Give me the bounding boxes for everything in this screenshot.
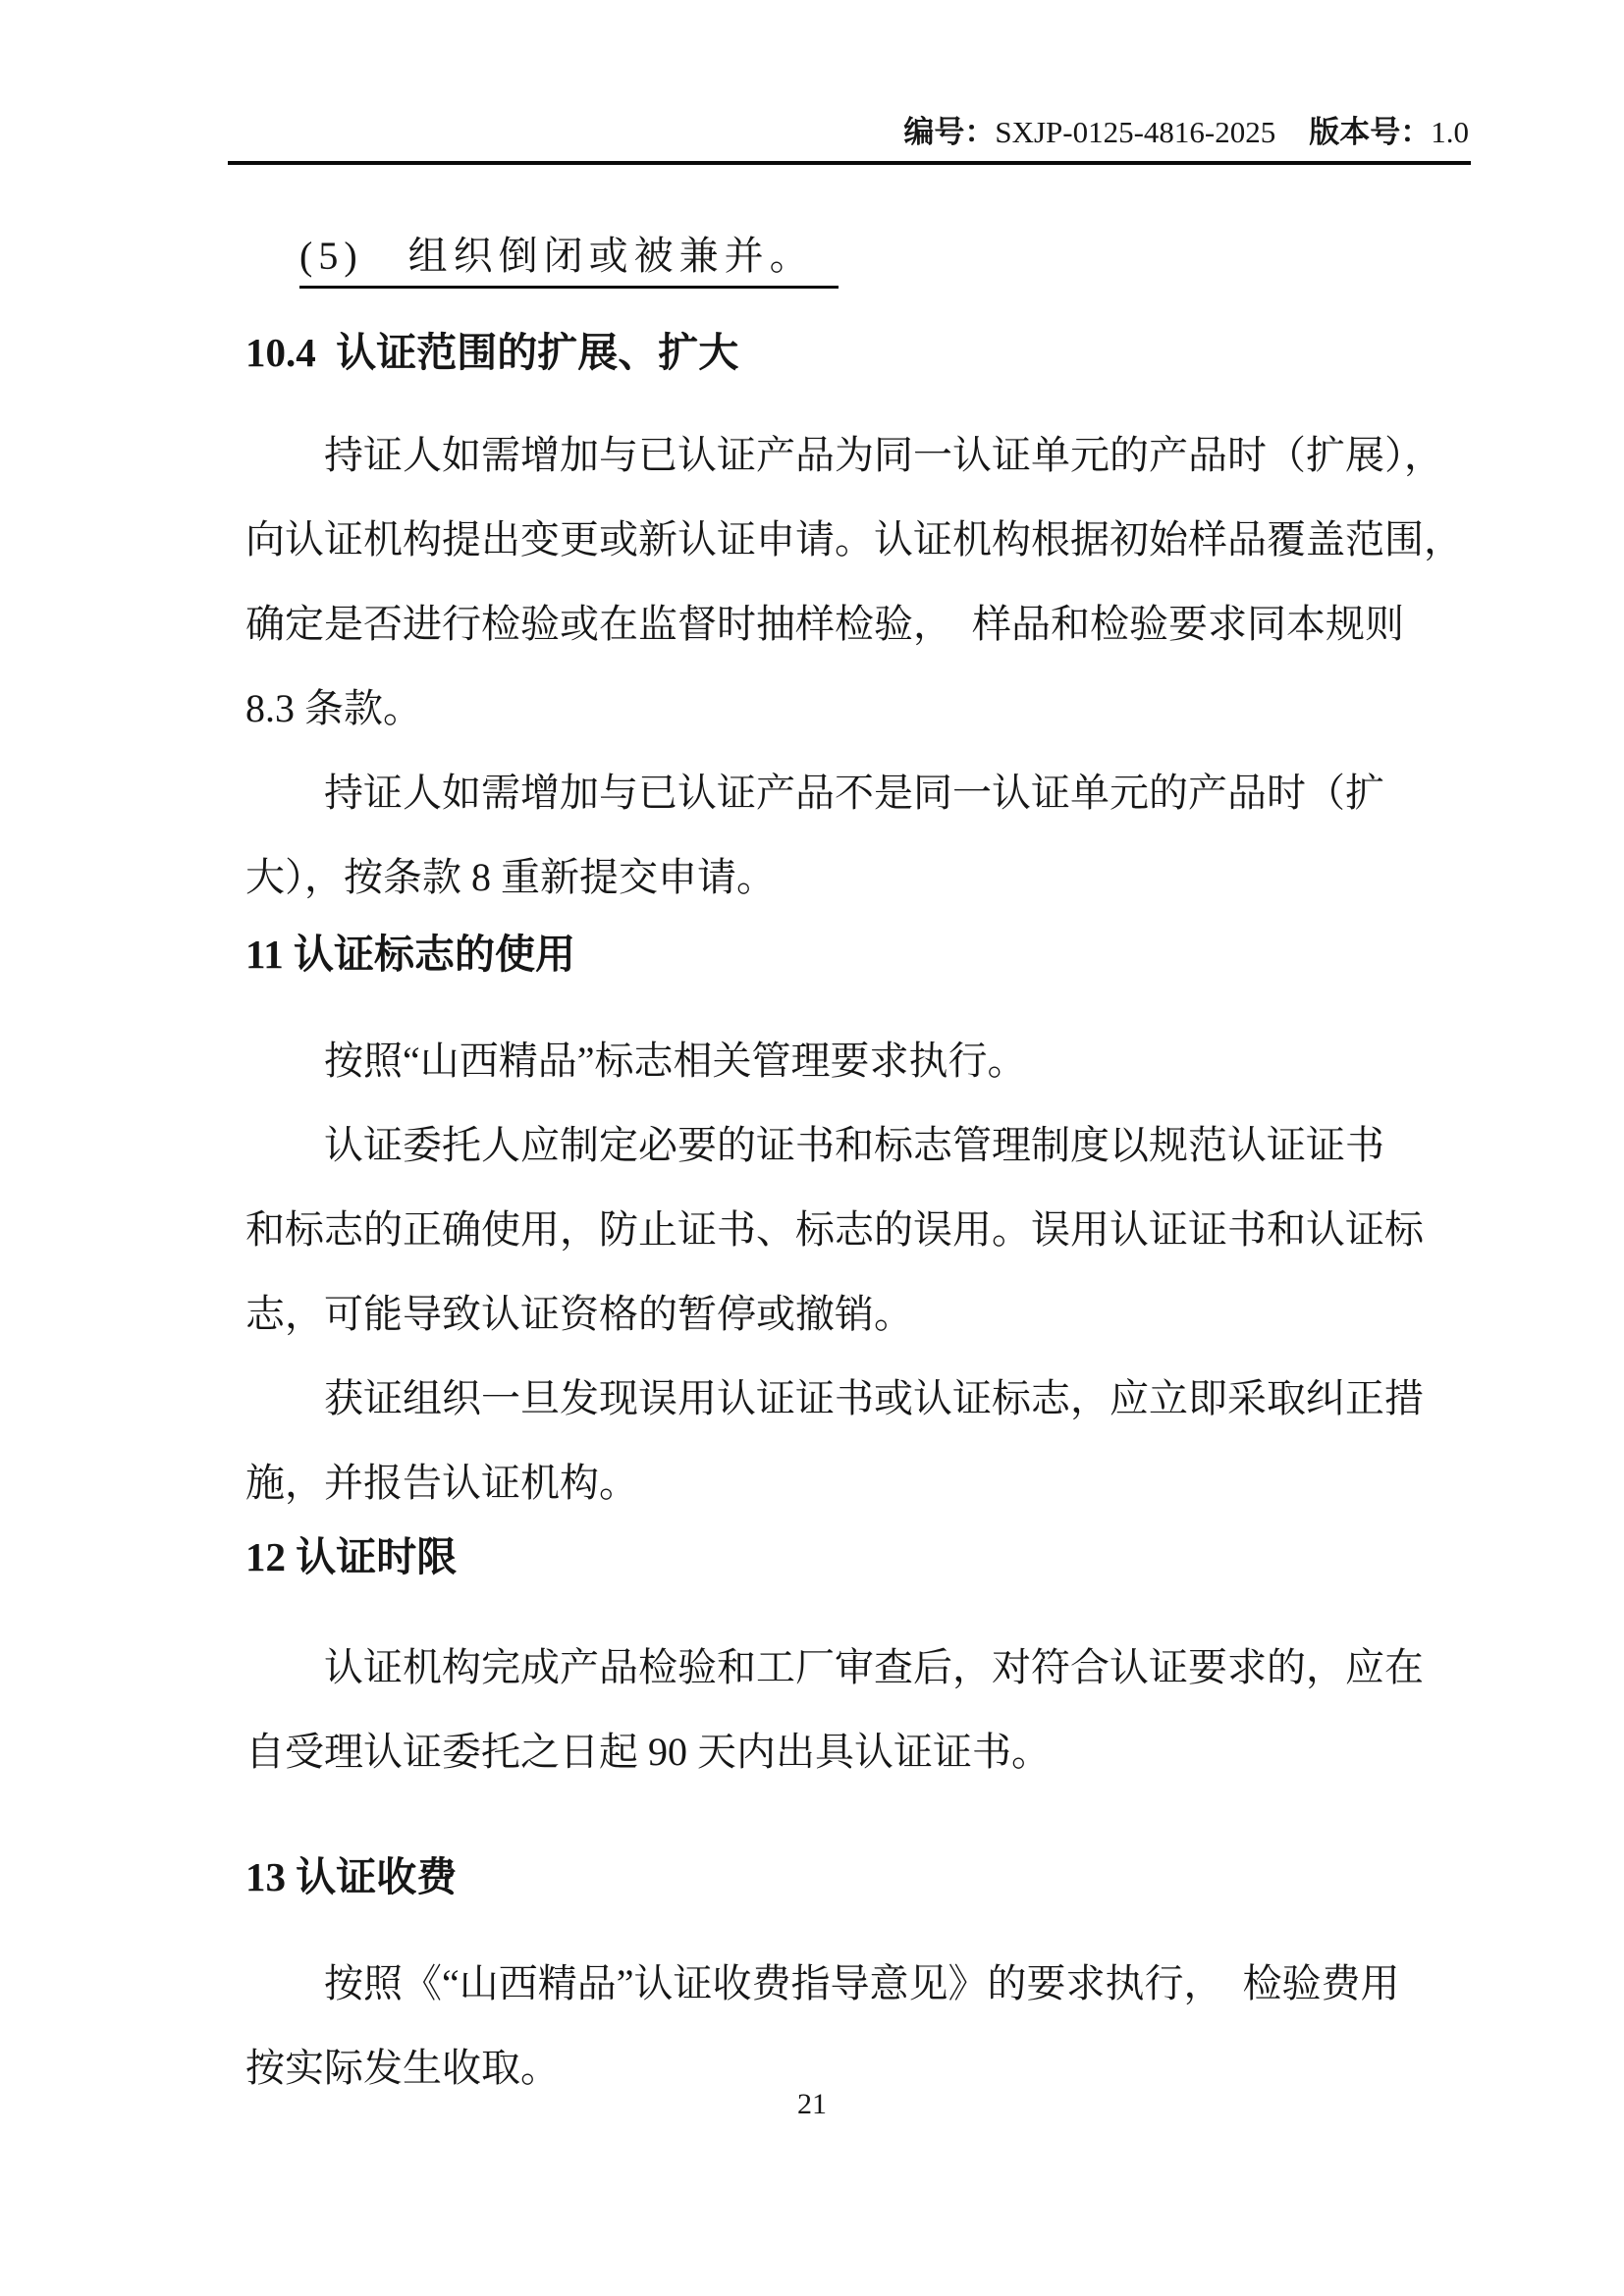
clause-5-text: (5) 组织倒闭或被兼并。 <box>299 234 839 289</box>
body-line: 8.3 条款。 <box>245 667 1471 751</box>
body-line: 认证委托人应制定必要的证书和标志管理制度以规范认证证书 <box>245 1103 1471 1188</box>
paragraph: 持证人如需增加与已认证产品为同一认证单元的产品时（扩展）， 向认证机构提出变更或… <box>245 413 1471 751</box>
doc-number-value: SXJP-0125-4816-2025 <box>995 115 1275 149</box>
body-line: 按照《“山西精品”认证收费指导意见》的要求执行， 检验费用 <box>245 1942 1471 2026</box>
body-line: 向认证机构提出变更或新认证申请。认证机构根据初始样品覆盖范围， <box>245 498 1471 582</box>
document-body: (5) 组织倒闭或被兼并。 10.4 认证范围的扩展、扩大 持证人如需增加与已认… <box>245 226 1471 2110</box>
body-line: 施，并报告认证机构。 <box>245 1441 1471 1525</box>
page-header: 编号：SXJP-0125-4816-2025版本号：1.0 <box>0 0 1624 151</box>
heading-11: 11 认证标志的使用 <box>245 930 1471 979</box>
heading-10-4: 10.4 认证范围的扩展、扩大 <box>245 328 1471 377</box>
body-line: 和标志的正确使用，防止证书、标志的误用。误用认证证书和认证标 <box>245 1188 1471 1272</box>
doc-number-label: 编号： <box>903 115 995 149</box>
body-line: 志，可能导致认证资格的暂停或撤销。 <box>245 1272 1471 1357</box>
heading-13: 13 认证收费 <box>245 1852 1471 1901</box>
body-line: 认证机构完成产品检验和工厂审查后，对符合认证要求的，应在 <box>245 1626 1471 1710</box>
heading-12: 12 认证时限 <box>245 1532 1471 1581</box>
version-value: 1.0 <box>1431 115 1469 149</box>
body-line: 确定是否进行检验或在监督时抽样检验， 样品和检验要求同本规则 <box>245 582 1471 667</box>
clause-5-line: (5) 组织倒闭或被兼并。 <box>245 226 1471 287</box>
page-number: 21 <box>0 2087 1624 2122</box>
body-line: 持证人如需增加与已认证产品不是同一认证单元的产品时（扩 <box>245 751 1471 835</box>
paragraph: 按照《“山西精品”认证收费指导意见》的要求执行， 检验费用 按实际发生收取。 <box>245 1942 1471 2110</box>
body-line: 按照“山西精品”标志相关管理要求执行。 <box>245 1019 1471 1103</box>
paragraph: 持证人如需增加与已认证产品不是同一认证单元的产品时（扩 大），按条款 8 重新提… <box>245 751 1471 920</box>
paragraph: 认证委托人应制定必要的证书和标志管理制度以规范认证证书 和标志的正确使用，防止证… <box>245 1103 1471 1357</box>
body-line: 持证人如需增加与已认证产品为同一认证单元的产品时（扩展）， <box>245 413 1471 498</box>
body-line: 获证组织一旦发现误用认证证书或认证标志，应立即采取纠正措 <box>245 1357 1471 1441</box>
header-divider <box>228 161 1471 165</box>
body-line: 自受理认证委托之日起 90 天内出具认证证书。 <box>245 1710 1471 1794</box>
body-line: 大），按条款 8 重新提交申请。 <box>245 835 1471 920</box>
paragraph: 认证机构完成产品检验和工厂审查后，对符合认证要求的，应在 自受理认证委托之日起 … <box>245 1626 1471 1794</box>
paragraph: 按照“山西精品”标志相关管理要求执行。 <box>245 1019 1471 1103</box>
version-label: 版本号： <box>1309 115 1431 149</box>
paragraph: 获证组织一旦发现误用认证证书或认证标志，应立即采取纠正措 施，并报告认证机构。 <box>245 1357 1471 1525</box>
document-page: 编号：SXJP-0125-4816-2025版本号：1.0 (5) 组织倒闭或被… <box>0 0 1624 2296</box>
